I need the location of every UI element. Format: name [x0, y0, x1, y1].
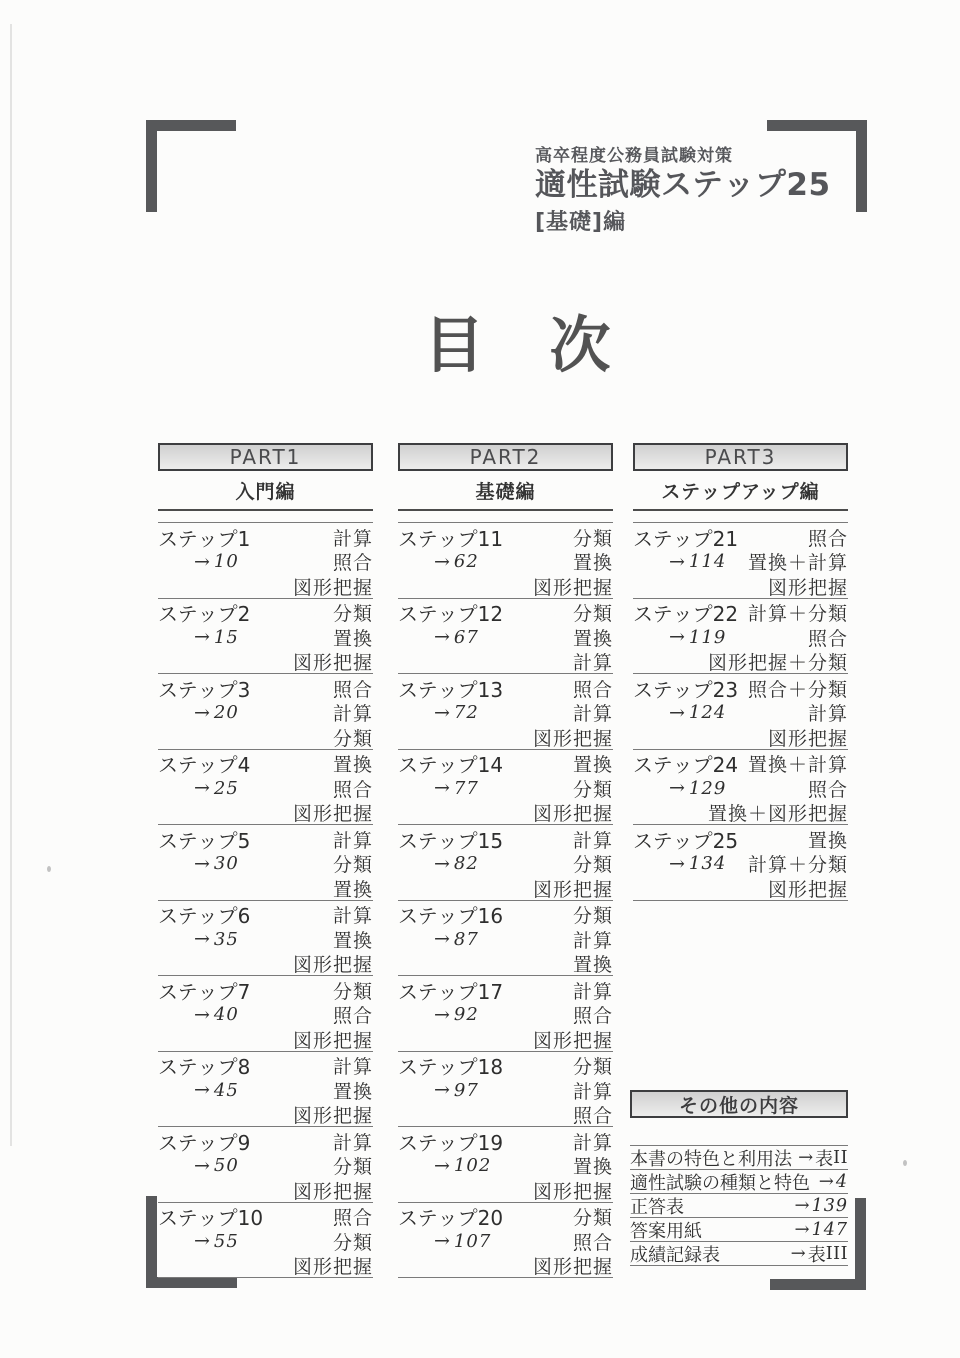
step-cat-1: 計算 — [573, 1128, 613, 1155]
step-cat-1: 照合 — [333, 675, 373, 702]
step-name: ステップ10 — [158, 1202, 263, 1231]
step-row: 図形把握 — [158, 1027, 373, 1052]
other-ref-value: II — [833, 1148, 848, 1168]
step-cat-1: 分類 — [573, 1052, 613, 1079]
step-name: ステップ25 — [633, 825, 738, 854]
step-cat-3: 図形把握 — [293, 648, 373, 675]
step-row: → 67 置換 — [398, 625, 613, 650]
step-cat-1: 計算 — [333, 524, 373, 551]
corner-bracket-top-left — [146, 120, 236, 131]
step-row: ステップ11 分類 — [398, 525, 613, 550]
step-row: → 40 照合 — [158, 1003, 373, 1028]
arrow-icon: → — [194, 551, 210, 573]
book-title: 適性試験ステップ25 — [535, 166, 831, 205]
step-row: → 92 照合 — [398, 1003, 613, 1028]
step-row: ステップ12 分類 — [398, 601, 613, 626]
arrow-icon: → — [194, 626, 210, 648]
step-row: 図形把握＋分類 — [633, 650, 848, 675]
step-row: → 55 分類 — [158, 1229, 373, 1254]
arrow-icon: → — [194, 853, 210, 875]
step-row: → 62 置換 — [398, 550, 613, 575]
step-entry: ステップ20 分類 → 107 照合 図形把握 — [398, 1203, 613, 1279]
step-cat-1: 照合 — [573, 675, 613, 702]
page-title: 目 次 — [0, 297, 960, 384]
step-row: ステップ21 照合 — [633, 525, 848, 550]
step-cat-3: 図形把握 — [768, 573, 848, 600]
step-cat-1: 分類 — [573, 524, 613, 551]
step-name: ステップ2 — [158, 598, 250, 627]
step-name: ステップ20 — [398, 1202, 503, 1231]
other-item-title: 本書の特色と利用法 — [630, 1145, 792, 1171]
part-label: PART1 — [230, 445, 302, 469]
step-cat-1: 計算 — [333, 826, 373, 853]
other-ref-prefix: 表 — [815, 1145, 833, 1171]
step-row: 置換 — [158, 876, 373, 901]
step-cat-1: 計算 — [573, 977, 613, 1004]
step-cat-2: 照合 — [808, 624, 848, 651]
step-row: → 77 分類 — [398, 776, 613, 801]
step-cat-2: 計算 — [573, 699, 613, 726]
step-entry: ステップ25 置換 → 134 計算＋分類 図形把握 — [633, 825, 848, 901]
step-cat-3: 図形把握 — [293, 1252, 373, 1279]
step-cat-3: 置換＋図形把握 — [708, 799, 848, 826]
step-row: → 35 置換 — [158, 927, 373, 952]
other-ref-value: 4 — [836, 1172, 848, 1192]
step-page: 72 — [454, 702, 479, 723]
step-row: ステップ20 分類 — [398, 1205, 613, 1230]
step-name: ステップ9 — [158, 1127, 250, 1156]
part-label: PART2 — [470, 445, 542, 469]
step-cat-2: 計算 — [808, 699, 848, 726]
step-page-ref: → 35 — [194, 928, 239, 950]
step-entry: ステップ4 置換 → 25 照合 図形把握 — [158, 750, 373, 826]
step-cat-1: 置換＋計算 — [748, 750, 848, 777]
other-item: 正答表 → 139 — [630, 1194, 848, 1218]
step-page: 102 — [454, 1155, 491, 1176]
step-entry: ステップ3 照合 → 20 計算 分類 — [158, 674, 373, 750]
other-contents-list: 本書の特色と利用法 → 表 II 適性試験の種類と特色 → 4 正答表 → 13… — [630, 1145, 848, 1266]
step-page-ref: → 97 — [434, 1079, 479, 1101]
step-row: 分類 — [158, 725, 373, 750]
arrow-icon: → — [194, 1079, 210, 1101]
step-entry: ステップ16 分類 → 87 計算 置換 — [398, 901, 613, 977]
step-page: 35 — [214, 929, 239, 950]
step-cat-2: 照合 — [333, 1001, 373, 1028]
step-entry: ステップ12 分類 → 67 置換 計算 — [398, 599, 613, 675]
step-page-ref: → 50 — [194, 1155, 239, 1177]
arrow-icon: → — [669, 702, 685, 724]
step-cat-2: 分類 — [573, 775, 613, 802]
other-item: 適性試験の種類と特色 → 4 — [630, 1170, 848, 1194]
step-page: 30 — [214, 853, 239, 874]
step-page-ref: → 10 — [194, 551, 239, 573]
step-row: ステップ25 置換 — [633, 827, 848, 852]
step-cat-1: 照合 — [333, 1203, 373, 1230]
step-page: 129 — [689, 778, 726, 799]
step-cat-2: 照合 — [808, 775, 848, 802]
step-name: ステップ15 — [398, 825, 503, 854]
step-cat-3: 置換 — [333, 875, 373, 902]
part-subtitle: 入門編 — [158, 471, 373, 511]
arrow-icon: → — [798, 1147, 813, 1168]
step-entry: ステップ18 分類 → 97 計算 照合 — [398, 1052, 613, 1128]
other-item-ref: → 147 — [795, 1219, 849, 1240]
step-row: 図形把握 — [398, 1178, 613, 1203]
arrow-icon: → — [434, 1155, 450, 1177]
part-label: PART3 — [705, 445, 777, 469]
part-column: PART1 入門編 ステップ1 計算 → 10 照合 図形把握 ステップ2 分類… — [158, 443, 373, 1278]
step-row: ステップ24 置換＋計算 — [633, 752, 848, 777]
step-cat-3: 図形把握 — [533, 1026, 613, 1053]
arrow-icon: → — [194, 702, 210, 724]
other-item: 答案用紙 → 147 — [630, 1218, 848, 1242]
other-item-ref: → 表 II — [798, 1145, 848, 1171]
step-page-ref: → 92 — [434, 1004, 479, 1026]
step-row: → 50 分類 — [158, 1154, 373, 1179]
step-cat-2: 置換 — [573, 548, 613, 575]
step-page-ref: → 87 — [434, 928, 479, 950]
step-name: ステップ24 — [633, 749, 738, 778]
step-cat-3: 置換 — [573, 950, 613, 977]
step-name: ステップ14 — [398, 749, 503, 778]
step-page-ref: → 45 — [194, 1079, 239, 1101]
other-item-title: 適性試験の種類と特色 — [630, 1169, 810, 1195]
step-row: 図形把握 — [398, 1254, 613, 1279]
step-name: ステップ17 — [398, 976, 503, 1005]
step-row: 図形把握 — [633, 574, 848, 599]
step-cat-3: 図形把握 — [293, 573, 373, 600]
corner-bracket-bottom-left — [146, 1196, 157, 1288]
step-name: ステップ13 — [398, 674, 503, 703]
arrow-icon: → — [194, 928, 210, 950]
step-entry: ステップ19 計算 → 102 置換 図形把握 — [398, 1127, 613, 1203]
step-row: ステップ17 計算 — [398, 978, 613, 1003]
step-cat-1: 分類 — [333, 977, 373, 1004]
step-cat-3: 図形把握 — [293, 950, 373, 977]
step-row: → 10 照合 — [158, 550, 373, 575]
step-entry: ステップ11 分類 → 62 置換 図形把握 — [398, 523, 613, 599]
step-row: 図形把握 — [633, 725, 848, 750]
arrow-icon: → — [434, 1004, 450, 1026]
other-ref-value: 147 — [812, 1220, 848, 1240]
step-row: ステップ16 分類 — [398, 903, 613, 928]
step-page: 15 — [214, 627, 239, 648]
step-cat-1: 照合 — [808, 524, 848, 551]
arrow-icon: → — [795, 1219, 810, 1240]
corner-bracket-top-right — [856, 120, 867, 212]
step-cat-3: 図形把握 — [533, 1252, 613, 1279]
step-page: 92 — [454, 1004, 479, 1025]
step-row: ステップ15 計算 — [398, 827, 613, 852]
arrow-icon: → — [434, 702, 450, 724]
step-cat-3: 図形把握 — [293, 799, 373, 826]
arrow-icon: → — [434, 777, 450, 799]
step-name: ステップ8 — [158, 1051, 250, 1080]
step-cat-3: 計算 — [573, 648, 613, 675]
step-page: 62 — [454, 551, 479, 572]
step-cat-1: 置換 — [333, 750, 373, 777]
part-subtitle: 基礎編 — [398, 471, 613, 511]
step-row: ステップ6 計算 — [158, 903, 373, 928]
arrow-icon: → — [434, 928, 450, 950]
step-cat-2: 照合 — [573, 1228, 613, 1255]
other-item-ref: → 4 — [819, 1171, 848, 1192]
step-row: ステップ8 計算 — [158, 1054, 373, 1079]
arrow-icon: → — [434, 1079, 450, 1101]
step-list: ステップ11 分類 → 62 置換 図形把握 ステップ12 分類 → 67 置換 — [398, 522, 613, 1278]
step-row: 図形把握 — [398, 876, 613, 901]
step-cat-2: 置換 — [573, 624, 613, 651]
step-cat-3: 図形把握 — [533, 799, 613, 826]
step-entry: ステップ9 計算 → 50 分類 図形把握 — [158, 1127, 373, 1203]
step-cat-1: 分類 — [333, 599, 373, 626]
step-page-ref: → 67 — [434, 626, 479, 648]
step-row: 図形把握 — [398, 1027, 613, 1052]
step-row: 図形把握 — [158, 574, 373, 599]
step-cat-1: 照合＋分類 — [748, 675, 848, 702]
step-row: 照合 — [398, 1103, 613, 1128]
step-cat-1: 計算＋分類 — [748, 599, 848, 626]
arrow-icon: → — [434, 1230, 450, 1252]
step-row: 図形把握 — [158, 1103, 373, 1128]
step-row: ステップ4 置換 — [158, 752, 373, 777]
step-page: 40 — [214, 1004, 239, 1025]
step-row: → 20 計算 — [158, 701, 373, 726]
step-page-ref: → 30 — [194, 853, 239, 875]
arrow-icon: → — [194, 1155, 210, 1177]
corner-bracket-bottom-right — [855, 1198, 866, 1290]
step-list: ステップ21 照合 → 114 置換＋計算 図形把握 ステップ22 計算＋分類 … — [633, 522, 848, 901]
step-page: 10 — [214, 551, 239, 572]
step-entry: ステップ10 照合 → 55 分類 図形把握 — [158, 1203, 373, 1279]
scan-edge-line — [10, 24, 12, 1146]
step-entry: ステップ24 置換＋計算 → 129 照合 置換＋図形把握 — [633, 750, 848, 826]
step-row: ステップ7 分類 — [158, 978, 373, 1003]
arrow-icon: → — [194, 1004, 210, 1026]
arrow-icon: → — [819, 1171, 834, 1192]
part-subtitle: ステップアップ編 — [633, 471, 848, 511]
step-entry: ステップ8 計算 → 45 置換 図形把握 — [158, 1052, 373, 1128]
step-cat-3: 図形把握 — [768, 724, 848, 751]
part-header: PART1 — [158, 443, 373, 471]
step-row: → 15 置換 — [158, 625, 373, 650]
step-page-ref: → 114 — [669, 551, 726, 573]
step-cat-3: 図形把握 — [768, 875, 848, 902]
step-row: → 124 計算 — [633, 701, 848, 726]
step-row: ステップ13 照合 — [398, 676, 613, 701]
step-page-ref: → 107 — [434, 1230, 491, 1252]
step-row: 図形把握 — [398, 725, 613, 750]
step-cat-1: 分類 — [573, 599, 613, 626]
step-page-ref: → 77 — [434, 777, 479, 799]
step-entry: ステップ13 照合 → 72 計算 図形把握 — [398, 674, 613, 750]
step-row: ステップ3 照合 — [158, 676, 373, 701]
step-entry: ステップ1 計算 → 10 照合 図形把握 — [158, 523, 373, 599]
other-item: 本書の特色と利用法 → 表 II — [630, 1146, 848, 1170]
step-name: ステップ5 — [158, 825, 250, 854]
step-entry: ステップ21 照合 → 114 置換＋計算 図形把握 — [633, 523, 848, 599]
step-name: ステップ16 — [398, 900, 503, 929]
step-cat-1: 置換 — [808, 826, 848, 853]
step-cat-2: 計算 — [573, 926, 613, 953]
step-cat-1: 分類 — [573, 901, 613, 928]
step-page: 134 — [689, 853, 726, 874]
step-page: 82 — [454, 853, 479, 874]
step-cat-2: 照合 — [333, 775, 373, 802]
step-page-ref: → 25 — [194, 777, 239, 799]
step-row: 図形把握 — [158, 1178, 373, 1203]
step-row: ステップ9 計算 — [158, 1129, 373, 1154]
step-page-ref: → 15 — [194, 626, 239, 648]
part-header: PART2 — [398, 443, 613, 471]
step-name: ステップ19 — [398, 1127, 503, 1156]
arrow-icon: → — [194, 777, 210, 799]
step-cat-3: 図形把握＋分類 — [708, 648, 848, 675]
step-row: 図形把握 — [158, 801, 373, 826]
step-name: ステップ22 — [633, 598, 738, 627]
other-contents-label: その他の内容 — [679, 1091, 799, 1118]
step-page: 25 — [214, 778, 239, 799]
step-row: ステップ18 分類 — [398, 1054, 613, 1079]
step-cat-1: 分類 — [573, 1203, 613, 1230]
step-row: → 107 照合 — [398, 1229, 613, 1254]
step-row: → 82 分類 — [398, 852, 613, 877]
step-page: 67 — [454, 627, 479, 648]
step-row: ステップ23 照合＋分類 — [633, 676, 848, 701]
step-row: 置換＋図形把握 — [633, 801, 848, 826]
step-cat-2: 計算 — [573, 1077, 613, 1104]
step-row: → 30 分類 — [158, 852, 373, 877]
other-item-ref: → 表 III — [791, 1241, 848, 1267]
step-list: ステップ1 計算 → 10 照合 図形把握 ステップ2 分類 → 15 置換 — [158, 522, 373, 1278]
step-entry: ステップ6 計算 → 35 置換 図形把握 — [158, 901, 373, 977]
step-row: → 119 照合 — [633, 625, 848, 650]
step-name: ステップ18 — [398, 1051, 503, 1080]
step-row: 図形把握 — [398, 801, 613, 826]
step-name: ステップ3 — [158, 674, 250, 703]
step-cat-2: 照合 — [333, 548, 373, 575]
step-cat-2: 置換 — [333, 624, 373, 651]
step-cat-3: 図形把握 — [293, 1101, 373, 1128]
step-cat-3: 分類 — [333, 724, 373, 751]
step-cat-2: 分類 — [333, 1228, 373, 1255]
step-name: ステップ6 — [158, 900, 250, 929]
step-page-ref: → 129 — [669, 777, 726, 799]
step-cat-1: 計算 — [573, 826, 613, 853]
arrow-icon: → — [434, 853, 450, 875]
step-row: → 97 計算 — [398, 1078, 613, 1103]
book-edition: [基礎]編 — [535, 205, 831, 236]
step-row: 図形把握 — [398, 574, 613, 599]
step-row: ステップ5 計算 — [158, 827, 373, 852]
step-row: 図形把握 — [158, 952, 373, 977]
step-cat-1: 計算 — [333, 1128, 373, 1155]
step-cat-2: 置換 — [333, 926, 373, 953]
step-row: ステップ10 照合 — [158, 1205, 373, 1230]
step-page: 124 — [689, 702, 726, 723]
step-row: → 25 照合 — [158, 776, 373, 801]
step-page: 97 — [454, 1080, 479, 1101]
step-cat-3: 図形把握 — [293, 1026, 373, 1053]
step-row: 置換 — [398, 952, 613, 977]
arrow-icon: → — [434, 551, 450, 573]
arrow-icon: → — [795, 1195, 810, 1216]
step-cat-3: 照合 — [573, 1101, 613, 1128]
step-page: 55 — [214, 1231, 239, 1252]
other-item: 成績記録表 → 表 III — [630, 1242, 848, 1266]
other-ref-value: III — [826, 1244, 848, 1264]
step-page: 114 — [689, 551, 726, 572]
arrow-icon: → — [791, 1243, 806, 1264]
step-page-ref: → 134 — [669, 853, 726, 875]
book-series: 高卒程度公務員試験対策 — [535, 141, 831, 166]
step-page: 119 — [689, 627, 726, 648]
step-page-ref: → 119 — [669, 626, 726, 648]
scan-speck — [903, 1160, 907, 1166]
corner-bracket-top-left — [146, 120, 157, 212]
step-entry: ステップ5 計算 → 30 分類 置換 — [158, 825, 373, 901]
step-name: ステップ12 — [398, 598, 503, 627]
step-entry: ステップ22 計算＋分類 → 119 照合 図形把握＋分類 — [633, 599, 848, 675]
step-cat-3: 図形把握 — [533, 724, 613, 751]
step-page-ref: → 72 — [434, 702, 479, 724]
step-page: 45 — [214, 1080, 239, 1101]
step-name: ステップ11 — [398, 523, 503, 552]
step-row: 図形把握 — [158, 1254, 373, 1279]
step-cat-2: 置換 — [333, 1077, 373, 1104]
arrow-icon: → — [669, 551, 685, 573]
arrow-icon: → — [669, 626, 685, 648]
step-row: ステップ1 計算 — [158, 525, 373, 550]
step-row: → 102 置換 — [398, 1154, 613, 1179]
step-page: 50 — [214, 1155, 239, 1176]
step-cat-2: 計算 — [333, 699, 373, 726]
step-cat-2: 分類 — [333, 850, 373, 877]
step-name: ステップ23 — [633, 674, 738, 703]
step-name: ステップ4 — [158, 749, 250, 778]
step-row: → 87 計算 — [398, 927, 613, 952]
step-entry: ステップ7 分類 → 40 照合 図形把握 — [158, 976, 373, 1052]
step-entry: ステップ14 置換 → 77 分類 図形把握 — [398, 750, 613, 826]
step-entry: ステップ15 計算 → 82 分類 図形把握 — [398, 825, 613, 901]
step-page-ref: → 124 — [669, 702, 726, 724]
step-cat-2: 照合 — [573, 1001, 613, 1028]
book-header: 高卒程度公務員試験対策 適性試験ステップ25 [基礎]編 — [535, 141, 831, 236]
step-cat-2: 置換＋計算 — [748, 548, 848, 575]
step-page: 107 — [454, 1231, 491, 1252]
arrow-icon: → — [669, 853, 685, 875]
step-page: 20 — [214, 702, 239, 723]
step-page-ref: → 82 — [434, 853, 479, 875]
step-row: → 72 計算 — [398, 701, 613, 726]
part-column: PART2 基礎編 ステップ11 分類 → 62 置換 図形把握 ステップ12 … — [398, 443, 613, 1278]
step-page-ref: → 40 — [194, 1004, 239, 1026]
arrow-icon: → — [434, 626, 450, 648]
other-item-title: 成績記録表 — [630, 1241, 720, 1267]
step-cat-1: 計算 — [333, 901, 373, 928]
step-cat-3: 図形把握 — [293, 1177, 373, 1204]
corner-bracket-bottom-right — [770, 1279, 866, 1290]
step-row: 図形把握 — [633, 876, 848, 901]
step-page: 77 — [454, 778, 479, 799]
part-header: PART3 — [633, 443, 848, 471]
step-name: ステップ1 — [158, 523, 250, 552]
step-cat-3: 図形把握 — [533, 875, 613, 902]
step-page-ref: → 20 — [194, 702, 239, 724]
other-ref-value: 139 — [812, 1196, 848, 1216]
step-row: → 114 置換＋計算 — [633, 550, 848, 575]
step-cat-2: 置換 — [573, 1152, 613, 1179]
